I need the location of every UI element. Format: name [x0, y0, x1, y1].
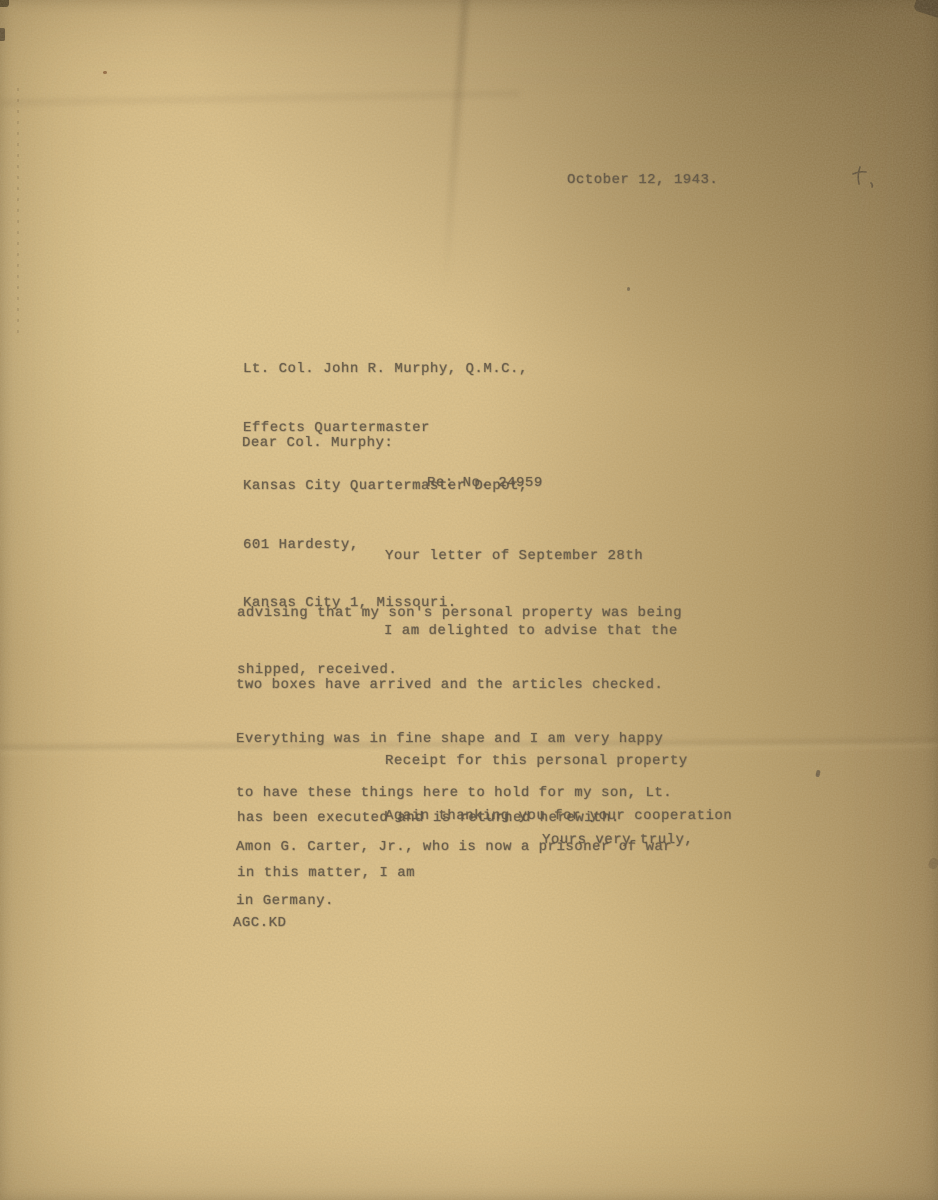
letter-line: two boxes have arrived and the articles …	[236, 676, 678, 694]
edge-perforation-dots	[17, 88, 19, 338]
letter-line: Again thanking you for your cooperation	[237, 807, 732, 826]
complimentary-close: Yours very truly,	[542, 831, 693, 850]
paper-speck	[627, 287, 630, 291]
typist-initials: AGC.KD	[233, 914, 286, 933]
address-line: Lt. Col. John R. Murphy, Q.M.C.,	[243, 360, 528, 380]
top-left-corner-mark	[0, 0, 9, 7]
vertical-crease	[442, 0, 470, 288]
scanned-letter-page: October 12, 1943. Lt. Col. John R. Murph…	[0, 0, 938, 1200]
ink-speck	[815, 770, 821, 778]
pencil-mark	[845, 160, 885, 200]
letter-line: Your letter of September 28th	[237, 547, 682, 566]
reference-number: Re: No. 24959	[427, 474, 543, 493]
letter-date: October 12, 1943.	[567, 171, 718, 190]
letter-line: in this matter, I am	[237, 864, 732, 883]
right-edge-mark	[927, 857, 938, 871]
paper-speck	[103, 71, 107, 74]
letter-line: I am delighted to advise that the	[236, 622, 678, 640]
salutation: Dear Col. Murphy:	[242, 434, 393, 453]
left-edge-mark	[0, 28, 5, 41]
faint-top-crease	[0, 89, 520, 107]
top-right-corner-mark	[913, 0, 938, 19]
